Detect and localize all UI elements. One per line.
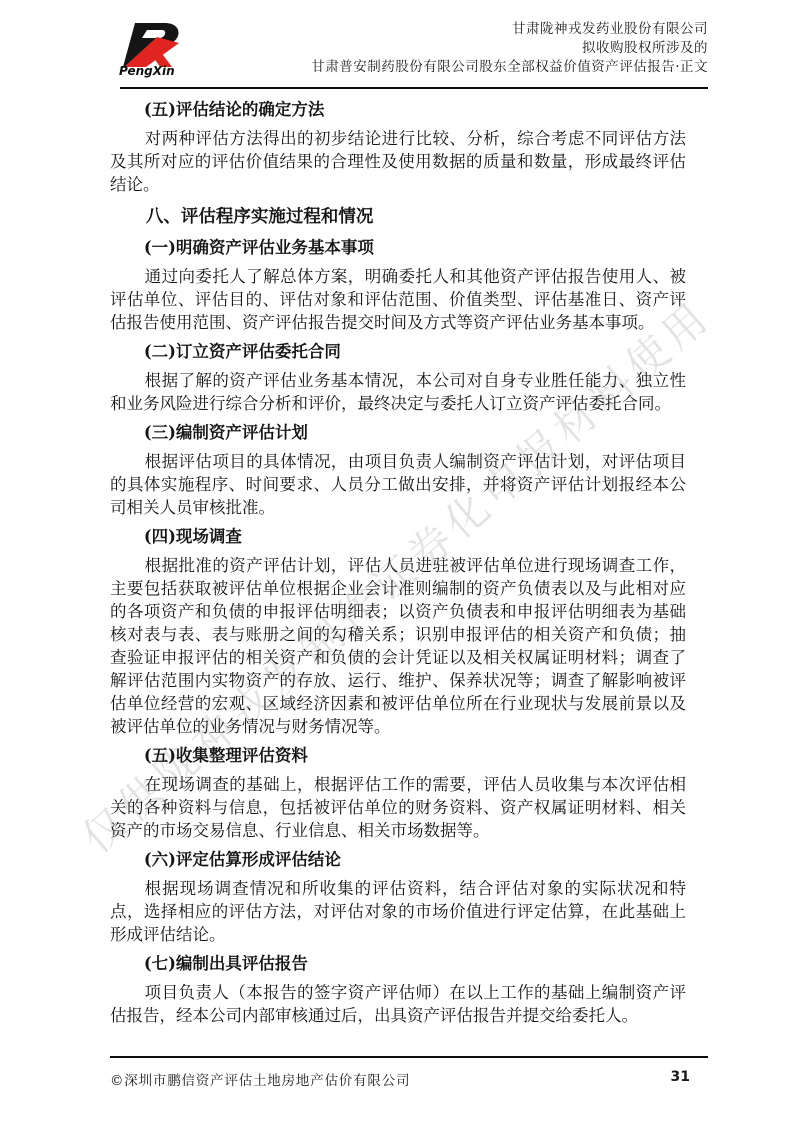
section-heading: (七)编制出具评估报告	[110, 952, 686, 975]
logo-brand-text: PengXin	[119, 64, 183, 78]
header-line-company: 甘肃陇神戎发药业股份有限公司	[220, 20, 708, 39]
section-heading: (一)明确资产评估业务基本事项	[110, 236, 686, 259]
section-heading: (二)订立资产评估委托合同	[110, 340, 686, 363]
section-heading: 八、评估程序实施过程和情况	[110, 206, 686, 229]
section-heading: (三)编制资产评估计划	[110, 421, 686, 444]
paragraph: 在现场调查的基础上，根据评估工作的需要，评估人员收集与本次评估相关的各种资料与信…	[110, 773, 686, 842]
footer-copyright: ©深圳市鹏信资产评估土地房地产估价有限公司	[110, 1069, 410, 1089]
document-page: PengXin 甘肃陇神戎发药业股份有限公司 拟收购股权所涉及的 甘肃普安制药股…	[0, 0, 793, 1122]
header-divider	[120, 87, 708, 89]
section-heading: (四)现场调查	[110, 525, 686, 548]
page-footer: ©深圳市鹏信资产评估土地房地产估价有限公司 31	[110, 1056, 708, 1089]
page-number: 31	[671, 1069, 690, 1085]
paragraph: 对两种评估方法得出的初步结论进行比较、分析，综合考虑不同评估方法及其所对应的评估…	[110, 127, 686, 196]
paragraph: 通过向委托人了解总体方案，明确委托人和其他资产评估报告使用人、被评估单位、评估目…	[110, 265, 686, 334]
document-body: (五)评估结论的确定方法对两种评估方法得出的初步结论进行比较、分析，综合考虑不同…	[110, 92, 686, 1029]
paragraph: 根据评估项目的具体情况，由项目负责人编制资产评估计划，对评估项目的具体实施程序、…	[110, 450, 686, 519]
section-heading: (五)收集整理评估资料	[110, 744, 686, 767]
paragraph: 根据了解的资产评估业务基本情况，本公司对自身专业胜任能力、独立性和业务风险进行综…	[110, 369, 686, 415]
header-line-title: 甘肃普安制药股份有限公司股东全部权益价值资产评估报告·正文	[220, 58, 708, 77]
paragraph: 根据现场调查情况和所收集的评估资料，结合评估对象的实际状况和特点，选择相应的评估…	[110, 877, 686, 946]
header-line-purpose: 拟收购股权所涉及的	[220, 39, 708, 58]
pengxin-r-icon	[120, 22, 184, 68]
report-header: 甘肃陇神戎发药业股份有限公司 拟收购股权所涉及的 甘肃普安制药股份有限公司股东全…	[220, 20, 708, 77]
paragraph: 项目负责人（本报告的签字资产评估师）在以上工作的基础上编制资产评估报告，经本公司…	[110, 981, 686, 1027]
section-heading: (六)评定估算形成评估结论	[110, 848, 686, 871]
section-heading: (五)评估结论的确定方法	[110, 98, 686, 121]
paragraph: 根据批准的资产评估计划，评估人员进驻被评估单位进行现场调查工作，主要包括获取被评…	[110, 554, 686, 738]
